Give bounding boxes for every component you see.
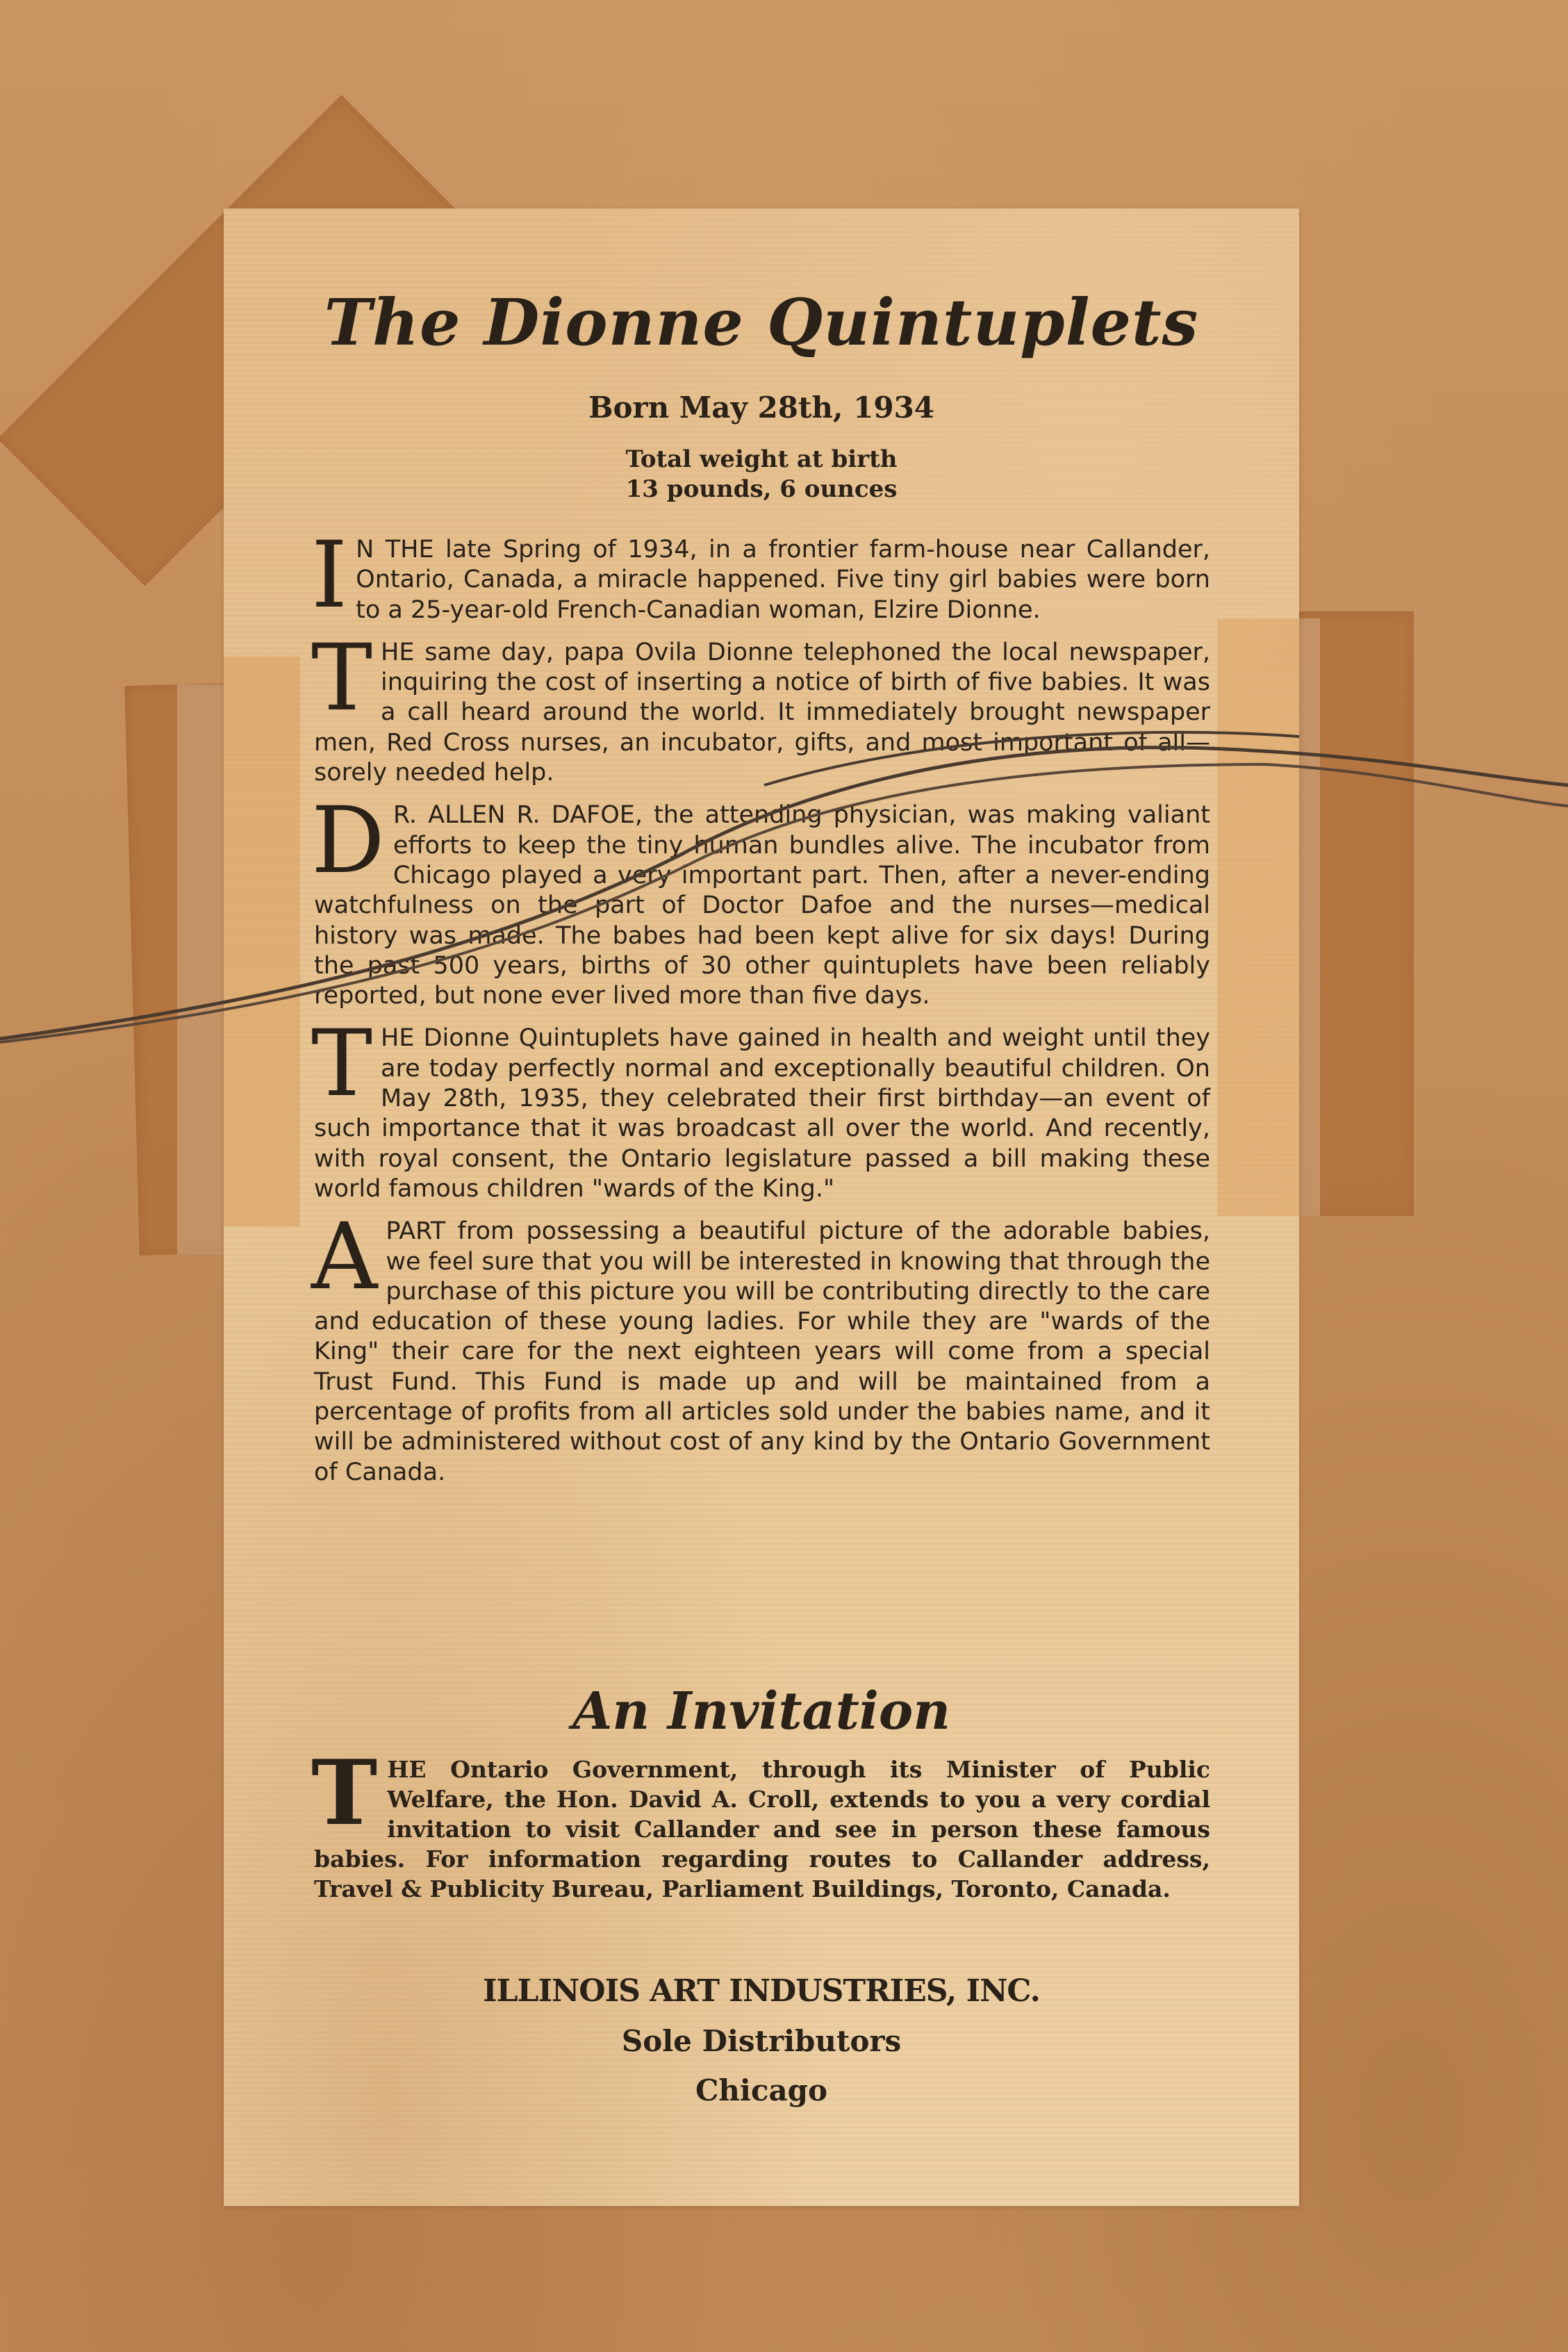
tape-residue-left — [177, 684, 229, 1254]
leaflet-paper: The Dionne Quintuplets Born May 28th, 19… — [224, 208, 1299, 2206]
weight-label: Total weight at birth — [224, 445, 1299, 475]
invitation-text: HE Ontario Government, through its Minis… — [314, 1756, 1210, 1902]
drop-cap: A — [311, 1219, 377, 1294]
distributor-block: ILLINOIS ART INDUSTRIES, INC. Sole Distr… — [224, 1973, 1299, 2107]
paragraph-text: R. ALLEN R. DAFOE, the attending physici… — [314, 800, 1210, 1011]
drop-cap: T — [311, 641, 372, 716]
paragraph-telephone: T HE same day, papa Ovila Dionne telepho… — [314, 638, 1210, 788]
invitation-heading: An Invitation — [224, 1681, 1299, 1741]
birth-weight: Total weight at birth 13 pounds, 6 ounce… — [224, 445, 1299, 504]
company-city: Chicago — [224, 2073, 1299, 2107]
tape-over-paper-left — [224, 657, 300, 1226]
company-name: ILLINOIS ART INDUSTRIES, INC. — [224, 1973, 1299, 2009]
company-role: Sole Distributors — [224, 2024, 1299, 2058]
tape-over-paper-right — [1217, 618, 1299, 1216]
paragraph-text: HE Dionne Quintuplets have gained in hea… — [314, 1023, 1210, 1204]
drop-cap: D — [311, 803, 385, 878]
tape-residue-right — [1299, 618, 1320, 1216]
paragraph-trust-fund: A PART from possessing a beautiful pictu… — [314, 1217, 1210, 1488]
drop-cap: T — [311, 1026, 372, 1101]
paragraph-text: HE same day, papa Ovila Dionne telephone… — [314, 638, 1210, 788]
article-body: I N THE late Spring of 1934, in a fronti… — [314, 535, 1210, 1500]
paragraph-text: N THE late Spring of 1934, in a frontier… — [314, 535, 1210, 625]
paragraph-dafoe: D R. ALLEN R. DAFOE, the attending physi… — [314, 800, 1210, 1011]
paragraph-health: T HE Dionne Quintuplets have gained in h… — [314, 1023, 1210, 1204]
drop-cap: T — [311, 1759, 377, 1828]
drop-cap: I — [311, 538, 347, 613]
paragraph-birth: I N THE late Spring of 1934, in a fronti… — [314, 535, 1210, 625]
invitation-paragraph: T HE Ontario Government, through its Min… — [314, 1754, 1210, 1904]
document-title: The Dionne Quintuplets — [224, 285, 1299, 360]
birth-date: Born May 28th, 1934 — [224, 390, 1299, 425]
paragraph-text: PART from possessing a beautiful picture… — [314, 1217, 1210, 1488]
weight-value: 13 pounds, 6 ounces — [224, 475, 1299, 504]
